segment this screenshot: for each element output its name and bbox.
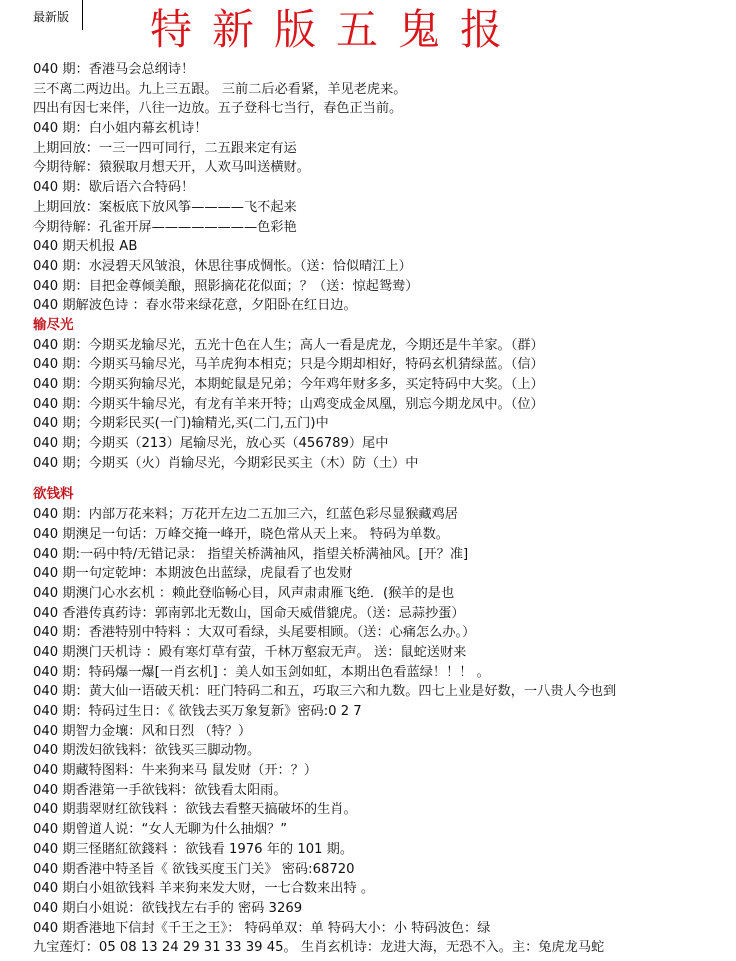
text-line: 040 期藏特图料：牛来狗来马 鼠发财（开：？） <box>33 761 736 781</box>
section-shujinguang: 输尽光 040 期：今期买龙输尽光，五光十色在人生；高人一看是虎龙，今期还是牛羊… <box>33 316 736 474</box>
text-line: 040 期：白小姐内幕玄机诗！ <box>33 119 736 139</box>
text-line: 040 期天机报 AB <box>33 237 736 257</box>
text-line: 九宝莲灯：05 08 13 24 29 31 33 39 45。 生肖玄机诗：龙… <box>33 938 736 958</box>
corner-label: 最新版 <box>33 8 69 25</box>
section-heading: 欲钱料 <box>33 485 736 505</box>
text-line: 040 期：歇后语六合特码！ <box>33 178 736 198</box>
text-line: 040 期一句定乾坤：本期波色出蓝绿，虎鼠看了也发财 <box>33 564 736 584</box>
text-line: 040 期白小姐欲钱料 羊来狗来发大财，一七合数来出特 。 <box>33 879 736 899</box>
text-line: 040 期；今期买（火）肖输尽光，今期彩民买主（木）防（土）中 <box>33 454 736 474</box>
text-line: 040 期；今期买（213）尾输尽光，放心买（456789）尾中 <box>33 434 736 454</box>
text-line: 四出有因七来伴，八往一边放。五子登科七当行，春色正当前。 <box>33 99 736 119</box>
text-line: 040 期智力金壤：风和日烈 （特？） <box>33 722 736 742</box>
section-heading: 输尽光 <box>33 316 736 336</box>
text-line: 040 期澳门天机诗 ：殿有寒灯草有萤，千林万壑寂无声。 送：鼠蛇送财来 <box>33 643 736 663</box>
corner-divider <box>82 0 83 30</box>
text-line: 040 期：目把金尊倾美酿，照影摘花花似面；？（送：惊起鸳鸯） <box>33 277 736 297</box>
text-line: 040 期：黄大仙一语破天机：旺门特码二和五，巧取三六和九数。四七上业是好数，一… <box>33 682 736 702</box>
text-line: 040 期香港中特圣旨《 欲钱买度玉门关》 密码:68720 <box>33 860 736 880</box>
text-line: 040 期：香港马会总纲诗！ <box>33 60 736 80</box>
text-line: 040 期白小姐说：欲钱找左右手的 密码 3269 <box>33 899 736 919</box>
text-line: 040 期泼妇欲钱料：欲钱买三脚动物。 <box>33 741 736 761</box>
block-intro: 040 期：香港马会总纲诗！ 三不离二两边出。九上三五跟。 三前二后必看紧，羊见… <box>33 60 736 316</box>
text-line: 040 期曾道人说：“女人无聊为什么抽烟？” <box>33 820 736 840</box>
text-line: 040 期：水浸碧天风皱浪，休思往事成惆怅。（送：恰似晴江上） <box>33 257 736 277</box>
text-line: 040 期澳足一句话：万峰交掩一峰开，晓色常从天上来。 特码为单数。 <box>33 525 736 545</box>
text-line: 040 期翡翠财红欲钱料 ：欲钱去看整天搞破坏的生肖。 <box>33 800 736 820</box>
text-line: 040 期:一码中特/无错记录： 指望关桥满袖风，指望关桥满袖风。[开？准] <box>33 545 736 565</box>
text-line: 040 期：今期买马输尽光，马羊虎狗本相克；只是今期却相好，特码玄机猜绿蓝。（信… <box>33 355 736 375</box>
text-line: 040 期香港第一手欲钱料：欲钱看太阳雨。 <box>33 781 736 801</box>
section-yuqianliao: 欲钱料 040 期：内部万花来料；万花开左边二五加三六，红蓝色彩尽显猴藏鸡居 0… <box>33 485 736 958</box>
text-line: 040 期：香港特别中特料 ：大双可看绿，头尾要相顾。（送：心痛怎么办。） <box>33 623 736 643</box>
text-line: 040 期：特码爆一爆[一肖玄机] ：美人如玉剑如虹，本期出色看蓝绿！！！ 。 <box>33 663 736 683</box>
text-line: 040 期解波色诗 ：春水带来绿花意，夕阳卧在红日边。 <box>33 296 736 316</box>
text-line: 040 香港传真药诗：郭南郭北无数山，国命天威借貔虎。（送：忌蒜抄蛋） <box>33 604 736 624</box>
text-line: 040 期：今期买龙输尽光，五光十色在人生；高人一看是虎龙，今期还是牛羊家。（群… <box>33 336 736 356</box>
text-line: 040 期：内部万花来料；万花开左边二五加三六，红蓝色彩尽显猴藏鸡居 <box>33 505 736 525</box>
text-line: 上期回放：案板底下放风筝————飞不起来 <box>33 198 736 218</box>
text-line: 040 期香港地下信封《千王之王》： 特码单双：单 特码大小：小 特码波色：绿 <box>33 919 736 939</box>
page-title: 特新版五鬼报 <box>150 2 522 58</box>
text-line: 040 期：今期买狗输尽光，本期蛇鼠是兄弟；今年鸡年财多多，买定特码中大奖。（上… <box>33 375 736 395</box>
text-line: 三不离二两边出。九上三五跟。 三前二后必看紧，羊见老虎来。 <box>33 80 736 100</box>
text-line: 今期待解：孔雀开屏————————色彩艳 <box>33 218 736 238</box>
article-body: 040 期：香港马会总纲诗！ 三不离二两边出。九上三五跟。 三前二后必看紧，羊见… <box>33 60 736 958</box>
text-line: 040 期：今期买牛输尽光，有龙有羊来开特；山鸡变成金凤凰，别忘今期龙凤中。（位… <box>33 395 736 415</box>
text-line: 上期回放：一三一四可同行，二五跟来定有运 <box>33 139 736 159</box>
text-line: 040 期三怪賭紅欲錢料 ：欲钱看 1976 年的 101 期。 <box>33 840 736 860</box>
text-line: 040 期：特码过生日：《 欲钱去买万象复新》密码:0 2 7 <box>33 702 736 722</box>
text-line: 040 期；今期彩民买(一门)输精光,买(二门,五门)中 <box>33 414 736 434</box>
spacer <box>33 473 736 485</box>
text-line: 040 期澳门心水玄机 ：赖此登临畅心目，风声肃肃雁飞绝．(猴羊的是也 <box>33 584 736 604</box>
text-line: 今期待解：猿猴取月想天开，人欢马叫送横财。 <box>33 158 736 178</box>
